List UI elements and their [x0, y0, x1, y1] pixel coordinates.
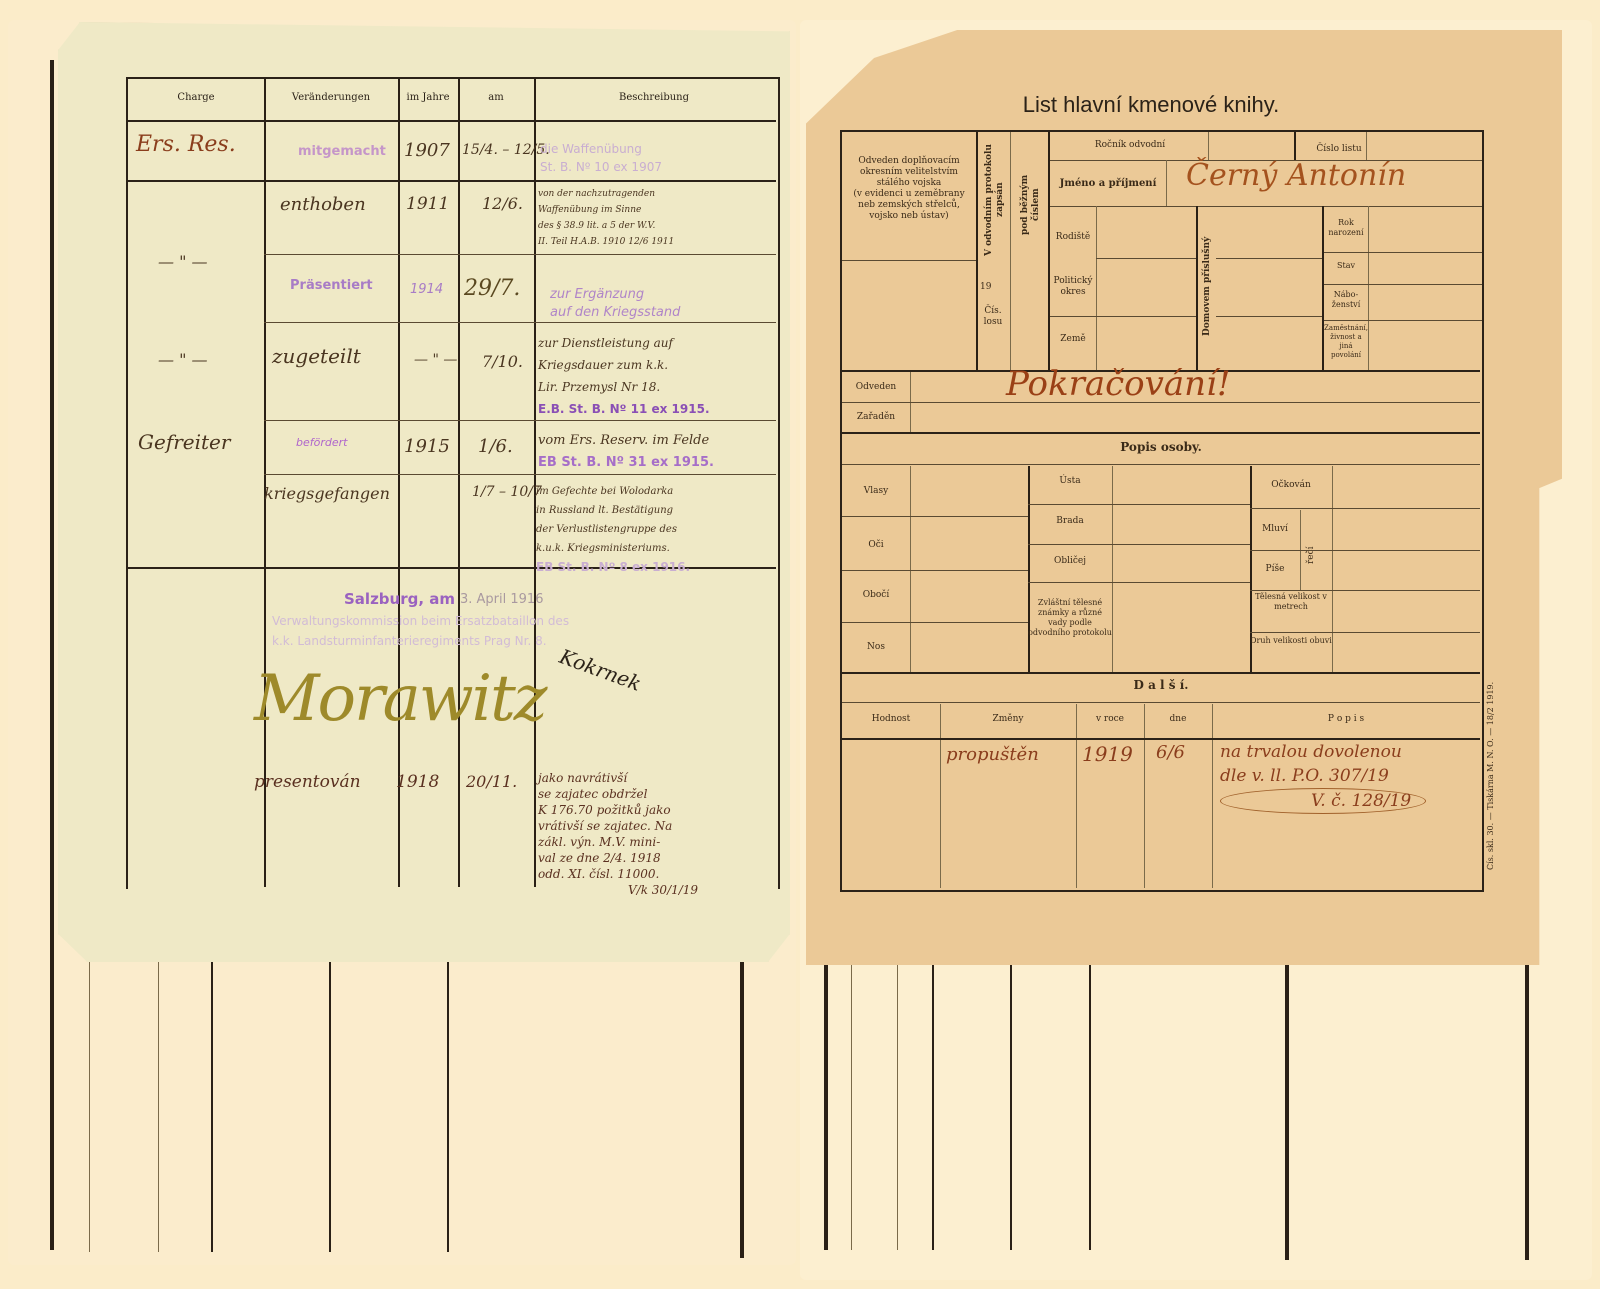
- desc-line: V/k 30/1/19: [538, 882, 698, 898]
- desc-line: na trvalou dovolenou: [1220, 740, 1426, 764]
- stamp-place: Salzburg, am: [344, 590, 455, 608]
- dalsi-description: na trvalou dovolenou dle v. ll. P.O. 307…: [1220, 740, 1426, 814]
- name-value: Černý Antonín: [1186, 158, 1406, 193]
- zeme-label: Země: [1050, 334, 1096, 345]
- nos-label: Nos: [842, 642, 910, 653]
- ruling-line: [211, 940, 213, 1252]
- desc-line: Kriegsdauer zum k.k.: [538, 354, 710, 376]
- column-divider: [1196, 206, 1198, 370]
- protocol-vertical-label: V odvodním protokolu zapsán: [984, 140, 1006, 260]
- last-row-year: 1918: [396, 772, 439, 792]
- row-divider: [842, 260, 976, 261]
- row-divider: [1096, 258, 1196, 259]
- ruling-line: [851, 960, 852, 1250]
- nabozenstvi-label: Nábo-ženství: [1324, 290, 1368, 310]
- desc-line: vrátivší se zajatec. Na: [538, 818, 698, 834]
- usta-label: Ústa: [1028, 476, 1112, 487]
- rodiste-label: Rodiště: [1050, 232, 1096, 243]
- column-divider: [1112, 466, 1113, 672]
- popis-osoby-title: Popis osoby.: [842, 442, 1480, 453]
- column-divider: [1208, 132, 1209, 160]
- oboci-label: Obočí: [842, 590, 910, 601]
- row-divider: [264, 474, 776, 475]
- row1-day: 15/4. – 12/5.: [462, 142, 550, 158]
- politicky-okres-label: Politický okres: [1050, 276, 1096, 298]
- row5-year: 1915: [404, 436, 450, 457]
- column-divider: [1010, 132, 1011, 370]
- column-divider: [1096, 206, 1097, 370]
- year-prefix: 19: [980, 282, 991, 293]
- row-divider: [842, 702, 1480, 703]
- desc-line: zur Dienstleistung auf: [538, 332, 710, 354]
- ruling-line: [50, 60, 54, 1250]
- row5-day: 1/6.: [478, 436, 513, 457]
- row1-change: mitgemacht: [298, 144, 386, 159]
- ruling-line: [740, 940, 744, 1258]
- row-divider: [1028, 504, 1250, 505]
- odveden-label: Odveden: [842, 382, 910, 393]
- column-divider: [1294, 132, 1296, 160]
- desc-line: se zajatec obdržel: [538, 786, 698, 802]
- column-header-day: am: [458, 92, 534, 103]
- desc-line: zur Ergänzung: [550, 286, 680, 304]
- desc-line: der Verlustlistengruppe des: [536, 520, 690, 539]
- dalsi-change: propuštěn: [946, 744, 1039, 765]
- dalsi-day: 6/6: [1156, 742, 1185, 763]
- desc-line: dle v. ll. P.O. 307/19: [1220, 764, 1426, 788]
- oci-label: Oči: [842, 540, 910, 551]
- row-divider: [842, 464, 1480, 465]
- row4-charge: — " —: [158, 350, 208, 369]
- row5-charge: Gefreiter: [138, 430, 230, 454]
- desc-line: vom Ers. Reserv. im Felde: [538, 430, 714, 452]
- row5-change: befördert: [296, 436, 347, 449]
- desc-line: im Gefechte bei Wolodarka: [536, 482, 690, 501]
- desc-line: die Waffenübung: [540, 140, 662, 158]
- row-divider: [1250, 632, 1480, 633]
- column-divider: [976, 132, 978, 370]
- row5-description: vom Ers. Reserv. im Felde EB St. B. Nº 3…: [538, 430, 714, 474]
- ruling-line: [1010, 960, 1012, 1250]
- row-divider: [842, 622, 1028, 623]
- row4-day: 7/10.: [482, 352, 523, 371]
- brada-label: Brada: [1028, 516, 1112, 527]
- row3-change: Präsentiert: [290, 278, 373, 293]
- druh-obuvi-label: Druh velikosti obuvi: [1250, 636, 1332, 646]
- row-divider: [264, 254, 776, 255]
- telesna-velikost-label: Tělesná velikost v metrech: [1250, 592, 1332, 612]
- desc-line: Waffenübung im Sinne: [538, 202, 674, 218]
- row4-description: zur Dienstleistung auf Kriegsdauer zum k…: [538, 332, 710, 420]
- desc-line: EB St. B. Nº 8 ex 1916.: [536, 558, 690, 577]
- desc-line: V. č. 128/19: [1220, 788, 1426, 814]
- desc-line: des § 38.9 lit. a 5 der W.V.: [538, 218, 674, 234]
- dalsi-year: 1919: [1082, 742, 1133, 766]
- row-divider: [1050, 206, 1482, 207]
- row1-year: 1907: [404, 140, 450, 161]
- row-divider: [1250, 590, 1480, 591]
- desc-line: jako navrátivší: [538, 770, 698, 786]
- label-line: (v evidenci u zeměbrany: [844, 189, 974, 200]
- last-row-description: jako navrátivší se zajatec obdržel K 176…: [538, 770, 698, 898]
- pise-label: Píše: [1250, 564, 1300, 575]
- stamp-line1: Verwaltungskommission beim Ersatzbataill…: [272, 614, 569, 628]
- column-divider: [940, 704, 941, 888]
- row-divider: [1250, 508, 1480, 509]
- desc-line: II. Teil H.A.B. 1910 12/6 1911: [538, 234, 674, 250]
- column-divider: [1368, 206, 1369, 370]
- row6-change: kriegsgefangen: [264, 484, 390, 503]
- ruling-line: [1089, 960, 1091, 1250]
- ruling-line: [158, 940, 159, 1252]
- column-divider: [1144, 704, 1145, 888]
- open-record-book: Charge Veränderungen im Jahre am Beschre…: [0, 0, 1600, 1289]
- dalsi-header-zmeny: Změny: [940, 714, 1076, 725]
- last-row-day: 20/11.: [466, 772, 517, 791]
- row-divider: [1324, 284, 1482, 285]
- desc-line: auf den Kriegsstand: [550, 304, 680, 322]
- domovem-prislusny-label: Domovem příslušný: [1202, 226, 1213, 346]
- row2-change: enthoben: [280, 194, 366, 215]
- stav-label: Stav: [1324, 260, 1368, 271]
- ruling-line: [932, 960, 934, 1250]
- desc-line: Lir. Przemysl Nr 18.: [538, 376, 710, 398]
- reci-label: řečí: [1306, 540, 1317, 570]
- ruling-line: [89, 940, 90, 1252]
- dalsi-header-hodnost: Hodnost: [842, 714, 940, 725]
- ruling-line: [897, 960, 898, 1250]
- desc-line: val ze dne 2/4. 1918: [538, 850, 698, 866]
- row6-day: 1/7 – 10/7: [472, 484, 542, 500]
- stamp-line2: k.k. Landsturminfanterieregiments Prag N…: [272, 634, 547, 648]
- oblicej-label: Obličej: [1028, 556, 1112, 567]
- desc-line: in Russland lt. Bestätigung: [536, 501, 690, 520]
- desc-line: odd. XI. čísl. 11000.: [538, 866, 698, 882]
- zvlastni-znamky-label: Zvláštní tělesné známky a různé vady pod…: [1028, 598, 1112, 638]
- row-divider: [1028, 544, 1250, 545]
- row-divider: [1250, 550, 1480, 551]
- desc-line: EB St. B. Nº 31 ex 1915.: [538, 452, 714, 474]
- ockovan-label: Očkován: [1250, 480, 1332, 491]
- cislo-listu-label: Číslo listu: [1304, 144, 1374, 155]
- dalsi-title: D a l š í.: [842, 680, 1480, 691]
- row2-year: 1911: [406, 194, 449, 214]
- label-line: okresním velitelstvím: [844, 167, 974, 178]
- desc-line: E.B. St. B. Nº 11 ex 1915.: [538, 398, 710, 420]
- row-divider: [264, 322, 776, 323]
- stamp-date: 3. April 1916: [460, 592, 543, 607]
- left-record-sheet: Charge Veränderungen im Jahre am Beschre…: [58, 22, 790, 962]
- row3-day: 29/7.: [464, 276, 520, 301]
- row-divider: [1028, 582, 1250, 583]
- ruling-line: [824, 960, 828, 1250]
- column-divider: [1166, 160, 1167, 206]
- row1-charge: Ers. Res.: [136, 132, 236, 157]
- row3-year: 1914: [410, 282, 443, 297]
- column-divider: [1332, 466, 1333, 672]
- column-divider: [1028, 466, 1030, 672]
- desc-line: k.u.k. Kriegsministeriums.: [536, 539, 690, 558]
- row2-day: 12/6.: [482, 194, 523, 213]
- printer-note: Čís. skl. 30. — Tiskárna M. N. O. — 18/2…: [1486, 610, 1495, 870]
- row6-description: im Gefechte bei Wolodarka in Russland lt…: [536, 482, 690, 577]
- zamestnani-label: Zaměstnání, živnost a jiná povolání: [1324, 324, 1368, 360]
- row1-description: die Waffenübung St. B. Nº 10 ex 1907: [540, 140, 662, 176]
- sheet-title: List hlavní kmenové knihy.: [806, 92, 1496, 118]
- odveden-doplnovacim-label: Odveden doplňovacím okresním velitelství…: [844, 156, 974, 222]
- row-divider: [1050, 316, 1196, 317]
- right-record-sheet: List hlavní kmenové knihy. Odveden doplň…: [806, 30, 1562, 965]
- row4-year: — " —: [414, 352, 457, 368]
- section-divider: [842, 672, 1480, 674]
- row-divider: [128, 180, 776, 182]
- row3-description: zur Ergänzung auf den Kriegsstand: [550, 286, 680, 322]
- rocnik-odvodni-label: Ročník odvodní: [1050, 140, 1210, 151]
- section-divider: [842, 432, 1480, 434]
- dalsi-header-popis: P o p i s: [1212, 714, 1480, 725]
- desc-line: von der nachzutragenden: [538, 186, 674, 202]
- column-header-changes: Veränderungen: [264, 92, 398, 103]
- label-line: Odveden doplňovacím: [844, 156, 974, 167]
- row2-description: von der nachzutragenden Waffenübung im S…: [538, 186, 674, 250]
- lot-number-label: Čís. losu: [978, 306, 1008, 328]
- label-line: vojsko neb ústav): [844, 211, 974, 222]
- number-vertical-label: pod běžným číslem: [1020, 160, 1042, 250]
- column-divider: [1366, 132, 1367, 160]
- column-divider: [458, 79, 460, 887]
- column-header-charge: Charge: [128, 92, 264, 103]
- pokracovani-note: Pokračování!: [1006, 364, 1231, 404]
- row-divider: [1324, 252, 1482, 253]
- dalsi-header-dne: dne: [1144, 714, 1212, 725]
- header-divider: [128, 120, 776, 122]
- desc-line: zákl. výn. M.V. mini-: [538, 834, 698, 850]
- row-divider: [264, 420, 776, 421]
- row-divider: [1216, 316, 1322, 317]
- rok-narozeni-label: Rok narození: [1324, 218, 1368, 238]
- column-header-description: Beschreibung: [534, 92, 774, 103]
- column-divider: [398, 79, 400, 887]
- row4-change: zugeteilt: [272, 344, 361, 368]
- vlasy-label: Vlasy: [842, 486, 910, 497]
- desc-line: K 176.70 požitků jako: [538, 802, 698, 818]
- zaraden-label: Zařaděn: [842, 412, 910, 423]
- column-divider: [910, 466, 911, 672]
- last-row-change: presentován: [254, 772, 361, 792]
- row-divider: [1324, 320, 1482, 321]
- dalsi-header-v-roce: v roce: [1076, 714, 1144, 725]
- mluvi-label: Mluví: [1250, 524, 1300, 535]
- label-line: stálého vojska: [844, 178, 974, 189]
- desc-line: St. B. Nº 10 ex 1907: [540, 158, 662, 176]
- ruling-line: [447, 940, 449, 1252]
- row-divider: [1216, 258, 1322, 259]
- column-divider: [1076, 704, 1077, 888]
- column-header-year: im Jahre: [398, 92, 458, 103]
- column-divider: [264, 79, 266, 887]
- row3-charge: — " —: [158, 252, 208, 271]
- label-line: neb zemských střelců,: [844, 200, 974, 211]
- main-signature: Morawitz: [254, 662, 546, 736]
- ruling-line: [329, 940, 331, 1252]
- column-divider: [1212, 704, 1213, 888]
- row-divider: [842, 570, 1028, 571]
- row-divider: [842, 516, 1028, 517]
- name-label: Jméno a příjmení: [1050, 178, 1166, 189]
